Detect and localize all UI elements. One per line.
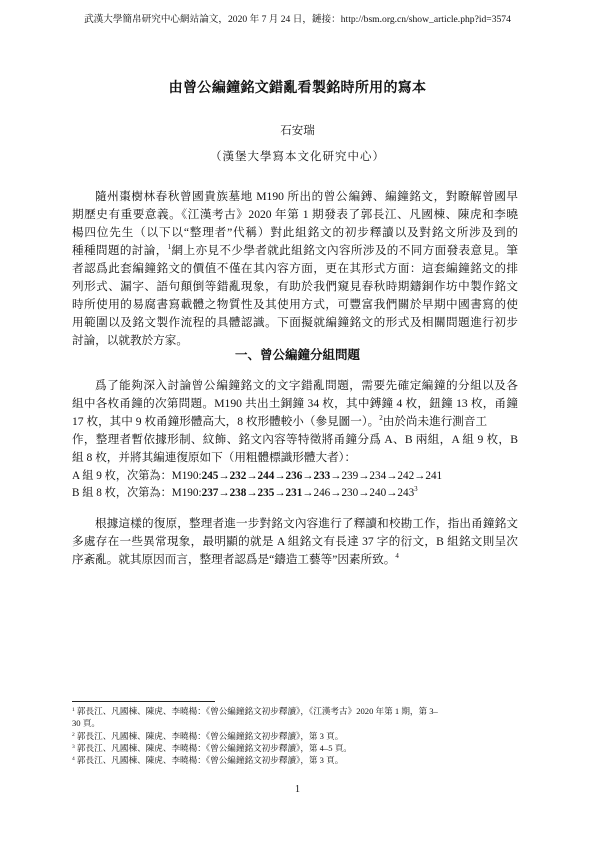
sequence-label: A 組 9 枚，次第為：M190: (72, 470, 202, 482)
text-line: 序紊亂。就其原因而言，整理者認爲是“鑄造工藝等”因素所致。4 (72, 551, 399, 569)
bell-number: 231 (286, 487, 303, 499)
text-line: 列形式、漏字、語句顛倒等錯亂現象，有助於我們窺見春秋時期鑄銅作坊中製作銘文 (72, 278, 518, 296)
page-number: 1 (0, 784, 595, 795)
author-name: 石安瑞 (0, 122, 595, 138)
text-line: 組 8 枚，并將其編連復原如下（用粗體標識形體大者）： (72, 449, 356, 467)
arrow-icon: → (330, 470, 341, 482)
text-line: 作，整理者暫依據形制、紋飾、銘文內容等特徵將甬鐘分爲 A、B 兩組，A 組 9 … (72, 431, 518, 449)
bell-number: 246 (313, 487, 330, 499)
footnote-1: 1 郭長江、凡國棟、陳虎、李曉楊：《曾公𠹉編鐘銘文初步釋讀》，《江漢考古》202… (72, 705, 438, 717)
arrow-icon: → (358, 487, 369, 499)
sequence-label: B 組 8 枚，次第為：M190: (72, 487, 202, 499)
bell-number: 244 (258, 470, 275, 482)
arrow-icon: → (386, 470, 397, 482)
text-line: 隨州棗樹林春秋曾國貴族墓地 M190 所出的曾公𠹉編鎛、編鐘銘文，對瞭解曾國早 (95, 188, 518, 206)
bell-number: 239 (341, 470, 358, 482)
footnote-2: 2 郭長江、凡國棟、陳虎、李曉楊：《曾公𠹉編鐘銘文初步釋讀》，第 3 頁。 (72, 730, 343, 742)
arrow-icon: → (414, 470, 425, 482)
footnote-1-continuation: 30 頁。 (72, 717, 100, 729)
bell-number: 243 (397, 487, 414, 499)
text-line: 多處存在一些異常現象，最明顯的就是 A 組銘文有長達 37 字的衍文，B 組銘文… (72, 533, 518, 551)
arrow-icon: → (386, 487, 397, 499)
sequence-group-a: A 組 9 枚，次第為：M190:245→232→244→236→233→239… (72, 467, 442, 485)
text-line: 者認爲此套編鐘銘文的價值不僅在其內容方面，更在其形式方面：這套編鐘銘文的排 (72, 260, 518, 278)
arrow-icon: → (246, 487, 257, 499)
bell-number: 232 (230, 470, 247, 482)
bell-number: 233 (313, 470, 330, 482)
page-header: 武漢大學簡帛研究中心網站論文，2020 年 7 月 24 日，鏈接：http:/… (0, 11, 595, 25)
arrow-icon: → (218, 470, 229, 482)
bell-number: 234 (369, 470, 386, 482)
bell-number: 236 (286, 470, 303, 482)
title-part: 編鐘銘文錯亂看製銘時所用的寫本 (212, 80, 427, 96)
text-line: 根據這樣的復原，整理者進一步對銘文內容進行了釋讀和校勘工作，指出甬鐘銘文 (95, 515, 518, 533)
arrow-icon: → (274, 487, 285, 499)
bell-number: 230 (341, 487, 358, 499)
footnote-3: 3 郭長江、凡國棟、陳虎、李曉楊：《曾公𠹉編鐘銘文初步釋讀》，第 4–5 頁。 (72, 742, 352, 754)
text-line: 期歷史有重要意義。《江漢考古》2020 年第 1 期發表了郭長江、凡國棟、陳虎和… (72, 206, 518, 224)
bell-number: 238 (230, 487, 247, 499)
bell-number: 235 (258, 487, 275, 499)
bell-number: 245 (202, 470, 219, 482)
text-line: 楊四位先生（以下以“整理者”代稱）對此組銘文的初步釋讀以及對銘文所涉及到的 (72, 224, 518, 242)
arrow-icon: → (302, 470, 313, 482)
bell-number: 237 (202, 487, 219, 499)
paper-title: 由曾公𠹉編鐘銘文錯亂看製銘時所用的寫本 (0, 77, 595, 97)
section-heading: 一、曾公𠹉編鐘分組問題 (0, 345, 595, 363)
bell-number: 241 (425, 470, 442, 482)
bell-number: 240 (369, 487, 386, 499)
arrow-icon: → (246, 470, 257, 482)
arrow-icon: → (302, 487, 313, 499)
arrow-icon: → (358, 470, 369, 482)
author-affiliation: （漢堡大學寫本文化研究中心） (0, 148, 595, 164)
text-line: 17 枚，其中 9 枚甬鐘形體高大，8 枚形體較小（參見圖一）。2由於尚未進行測… (72, 413, 487, 431)
text-line: 爲了能夠深入討論曾公𠹉編鐘銘文的文字錯亂問題，需要先確定編鐘的分組以及各 (95, 377, 518, 395)
footnote-4: 4 郭長江、凡國棟、陳虎、李曉楊：《曾公𠹉編鐘銘文初步釋讀》，第 3 頁。 (72, 754, 343, 766)
text-line: 組中各枚甬鐘的次第問題。M190 共出土銅鐘 34 枚，其中鎛鐘 4 枚，鈕鐘 … (72, 395, 518, 413)
text-line: 用範圍以及銘文製作流程的具體認識。下面擬就編鐘銘文的形式及相關問題進行初步 (72, 314, 518, 332)
text-line: 時所使用的易腐書寫載體之物質性及其使用方式，可豐富我們關於早期中國書寫的使 (72, 296, 518, 314)
text-line: 種種問題的討論，1網上亦見不少學者就此組銘文內容所涉及的不同方面發表意見。筆 (72, 242, 518, 260)
arrow-icon: → (274, 470, 285, 482)
footnote-ref-3[interactable]: 3 (414, 485, 418, 493)
footnote-ref-4[interactable]: 4 (395, 552, 399, 560)
bell-number: 242 (397, 470, 414, 482)
footnote-divider (72, 701, 215, 702)
arrow-icon: → (218, 487, 229, 499)
title-part: 由曾公 (169, 80, 212, 96)
sequence-group-b: B 組 8 枚，次第為：M190:237→238→235→231→246→230… (72, 484, 418, 502)
arrow-icon: → (330, 487, 341, 499)
